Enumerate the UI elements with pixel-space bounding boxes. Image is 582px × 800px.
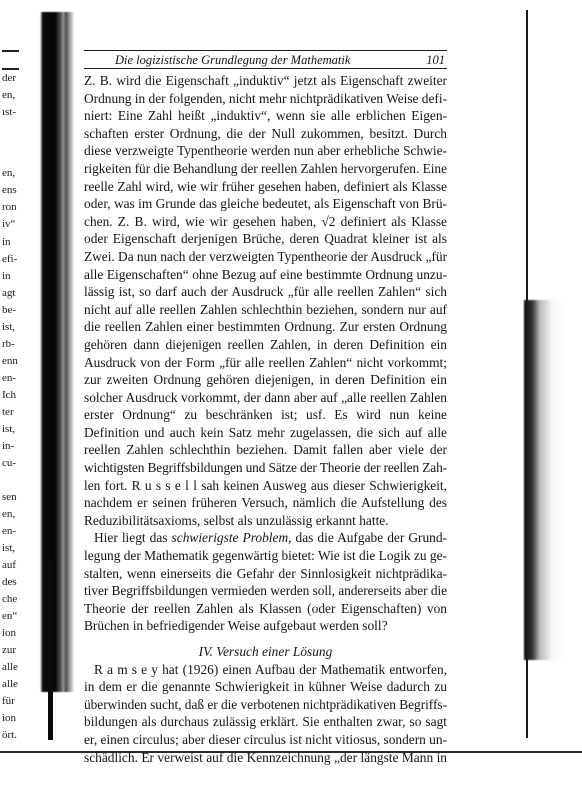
left-page-word-fragment: Ich <box>2 389 38 401</box>
left-page-word-fragment: ion <box>2 627 38 639</box>
left-page-word-fragment: en, <box>2 89 38 101</box>
paragraph-3: R a m s e y hat (1926) einen Aufbau der … <box>84 661 447 767</box>
left-page-word-fragment: zur <box>2 644 38 656</box>
text-line: chen. Z. B. wird, wie wir gesehen haben,… <box>84 213 447 231</box>
text-line: zur zweiten Ordnung gehören diejenigen, … <box>84 371 447 389</box>
left-page-word-fragment: rb- <box>2 338 38 350</box>
text-line: überwinden sucht, daß er die verbotenen … <box>84 696 447 714</box>
text-line: wichtigsten Begriffsbildungen und Sätze … <box>84 459 447 477</box>
text-line: stalten, wenn einerseits die Gefahr der … <box>84 565 447 583</box>
left-page-word-fragment: en, <box>2 167 38 179</box>
text-line: lässig ist, so darf auch der Ausdruck „f… <box>84 283 447 301</box>
paragraph-1: Z. B. wird die Eigenschaft „induktiv“ je… <box>84 72 447 529</box>
left-page-word-fragment: alle <box>2 661 38 673</box>
text-line: gehören dann diejenigen reellen Zahlen, … <box>84 336 447 354</box>
text-line: er, einen circulus; aber dieser circulus… <box>84 731 447 749</box>
text-line: Theorie der reellen Zahlen als Klassen (… <box>84 600 447 618</box>
text-line: schaften erster Ordnung, die der Null zu… <box>84 125 447 143</box>
left-page-word-fragment: ist, <box>2 321 38 333</box>
left-page-word-fragment: der <box>2 72 38 84</box>
left-page-word-fragment: sen <box>2 491 38 503</box>
left-page-word-fragment: in <box>2 270 38 282</box>
left-page-word-fragment: des <box>2 576 38 588</box>
left-page-fragment: deren,ıst-en,ensroniv“ inefi- inagtbe-is… <box>0 0 40 720</box>
left-page-word-fragment: en- <box>2 525 38 537</box>
left-page-word-fragment: in- <box>2 440 38 452</box>
left-page-word-fragment: che <box>2 593 38 605</box>
text-line: tiver Begriffsbildungen vermieden werden… <box>84 582 447 600</box>
text-line: alle Eigenschaften“ ohne Bezug auf eine … <box>84 266 447 284</box>
text-line: Ausdruck von der Form „für alle reellen … <box>84 354 447 372</box>
left-page-word-fragment: enn <box>2 355 38 367</box>
left-page-word-fragment: en“ <box>2 610 38 622</box>
text-line: legung der Mathematik gegenwärtig bietet… <box>84 547 447 565</box>
body-text: Z. B. wird die Eigenschaft „induktiv“ je… <box>84 72 447 766</box>
text-line: Brüchen in befriedigender Weise aufgebau… <box>84 617 447 635</box>
page-number: 101 <box>426 52 445 68</box>
left-page-word-fragment: ist, <box>2 423 38 435</box>
text-line: in dem er die genannte Schwierigkeit in … <box>84 678 447 696</box>
book-gutter-shadow <box>40 12 74 692</box>
left-page-word-fragment: ist, <box>2 542 38 554</box>
text-line: nicht auf alle reellen Zahlen schlechthi… <box>84 301 447 319</box>
left-page-word-fragment: en, <box>2 508 38 520</box>
text-line: nachdem er seinen früheren Versuch, näml… <box>84 494 447 512</box>
left-page-word-fragment: auf <box>2 559 38 571</box>
text-line: len fort. R u s s e l l sah keinen Auswe… <box>84 477 447 495</box>
left-page-word-fragment: ter <box>2 406 38 418</box>
paragraph-2: Hier liegt das schwierigste Problem, das… <box>84 529 447 635</box>
text-line: Definition und auch kein Satz mehr zugel… <box>84 424 447 442</box>
left-page-word-fragment: iv“ <box>2 218 38 230</box>
text-line: Reduzibilitätsaxioms, selbst als unzuläs… <box>84 512 447 530</box>
left-page-word-fragment: cu- <box>2 457 38 469</box>
left-page-word-fragment: alle <box>2 678 38 690</box>
left-page-word-fragment: en- <box>2 372 38 384</box>
text-line: diese verzweigte Typentheorie werden nun… <box>84 142 447 160</box>
text-line: Ordnung in der folgenden, nicht mehr nic… <box>84 90 447 108</box>
text-line: erster Ordnung“ zu beschränken ist; usf.… <box>84 406 447 424</box>
text-line: solcher Ausdruck vorkommt, der dann aber… <box>84 389 447 407</box>
text-line: oder Eigenschaft derjenigen Brüche, dere… <box>84 230 447 248</box>
text-line: reellen Zahlen schlechthin beziehen. Dam… <box>84 441 447 459</box>
left-page-word-fragment: be- <box>2 304 38 316</box>
text-line: bildungen als durchaus zulässig erklärt.… <box>84 713 447 731</box>
left-page-word-fragment: ens <box>2 184 38 196</box>
right-edge-shadow <box>524 300 564 660</box>
left-page-word-fragment: für <box>2 695 38 707</box>
left-page-word-fragment: efi- <box>2 253 38 265</box>
left-page-word-fragment: ron <box>2 201 38 213</box>
section-spacer <box>84 635 447 643</box>
left-page-word-fragment: ıst- <box>2 106 38 118</box>
left-page-word-fragment: in <box>2 236 38 248</box>
text-line: oder, was im Grunde das gleiche bedeutet… <box>84 195 447 213</box>
text-line: die reellen Zahlen einer bestimmten Ordn… <box>84 318 447 336</box>
header-rule-bottom <box>84 68 447 69</box>
text-line: R a m s e y hat (1926) einen Aufbau der … <box>84 661 447 679</box>
left-page-word-fragment: ört. <box>2 729 38 741</box>
text-line: rigkeiten für die Behandlung der reellen… <box>84 160 447 178</box>
emphasis-text: schwierigste Problem <box>172 530 289 545</box>
running-head: Die logizistische Grundlegung der Mathem… <box>84 52 447 68</box>
text-line: schädlich. Er verweist auf die Kennzeich… <box>84 749 447 767</box>
text-line: Z. B. wird die Eigenschaft „induktiv“ je… <box>84 72 447 90</box>
text-line: Zwei. Da nun nach der verzweigten Typent… <box>84 248 447 266</box>
text-line: Hier liegt das schwierigste Problem, das… <box>84 529 447 547</box>
text-line: niert: Eine Zahl heißt „induktiv“, wenn … <box>84 107 447 125</box>
section-heading: IV. Versuch einer Lösung <box>84 643 447 661</box>
text-line: reelle Zahl wird, wie wir früher gesehen… <box>84 178 447 196</box>
left-page-word-fragment: ion <box>2 712 38 724</box>
running-head-title: Die logizistische Grundlegung der Mathem… <box>115 52 350 68</box>
scanned-book-page: deren,ıst-en,ensroniv“ inefi- inagtbe-is… <box>0 0 582 800</box>
left-header-rule-top <box>2 50 19 52</box>
left-page-word-fragment: agt <box>2 287 38 299</box>
left-header-rule-bottom <box>2 68 19 70</box>
gutter-binding-line <box>48 560 53 740</box>
